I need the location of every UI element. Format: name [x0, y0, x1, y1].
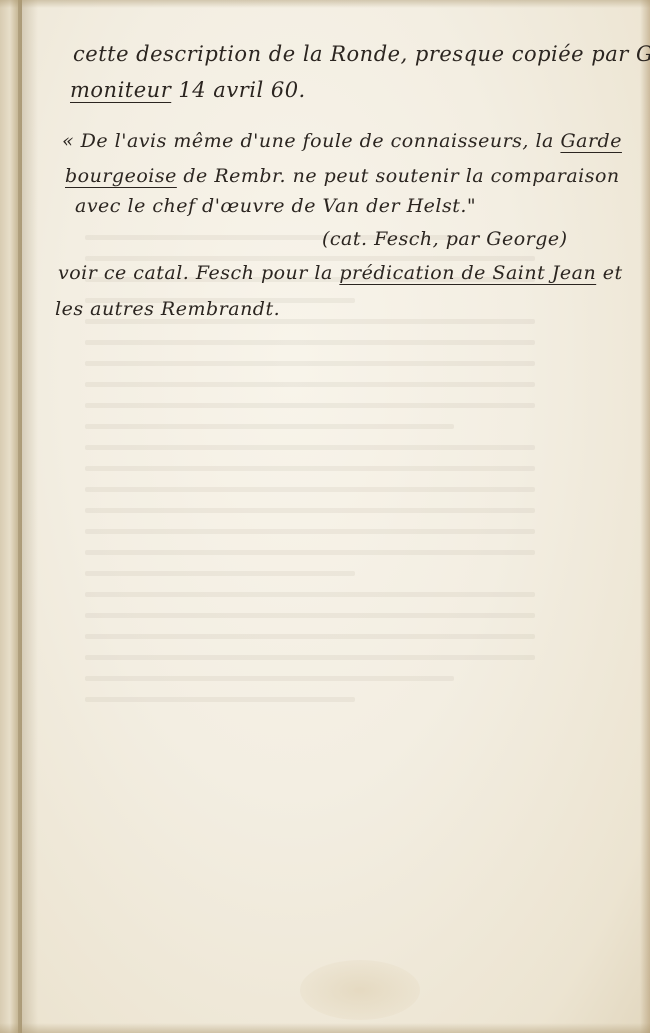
- line-text: cette description de la Ronde, presque c…: [73, 42, 650, 66]
- line-text: avec le chef d'œuvre de Van der Helst.": [75, 195, 476, 217]
- handwritten-line-1: cette description de la Ronde, presque c…: [73, 42, 650, 66]
- page-bottom-edge: [0, 1023, 650, 1033]
- line-text: (cat. Fesch, par George): [322, 228, 568, 250]
- handwritten-line-7: voir ce catal. Fesch pour la prédication…: [58, 262, 623, 284]
- handwritten-line-4: bourgeoise de Rembr. ne peut soutenir la…: [65, 165, 620, 187]
- paper-stain: [300, 960, 420, 1020]
- line-text: 14 avril 60.: [171, 78, 306, 102]
- manuscript-page: cette description de la Ronde, presque c…: [0, 0, 650, 1033]
- gutter-shadow: [18, 0, 38, 1033]
- underlined-title-predication: prédication de Saint Jean: [339, 262, 596, 284]
- line-text: de Rembr. ne peut soutenir la comparaiso…: [177, 165, 620, 187]
- line-text: les autres Rembrandt.: [55, 298, 280, 320]
- underlined-word-moniteur: moniteur: [70, 78, 171, 102]
- underlined-word-bourgeoise: bourgeoise: [65, 165, 177, 187]
- handwritten-line-2: moniteur 14 avril 60.: [70, 78, 306, 102]
- handwritten-line-5: avec le chef d'œuvre de Van der Helst.": [75, 195, 476, 217]
- handwritten-line-8: les autres Rembrandt.: [55, 298, 280, 320]
- handwritten-line-3: « De l'avis même d'une foule de connaiss…: [62, 130, 622, 152]
- page-top-edge: [0, 0, 650, 8]
- line-text: « De l'avis même d'une foule de connaiss…: [62, 130, 560, 152]
- underlined-word-garde: Garde: [560, 130, 622, 152]
- page-right-edge: [640, 0, 650, 1033]
- line-text: voir ce catal. Fesch pour la: [58, 262, 339, 284]
- line-text: et: [596, 262, 622, 284]
- handwritten-citation: (cat. Fesch, par George): [322, 228, 568, 250]
